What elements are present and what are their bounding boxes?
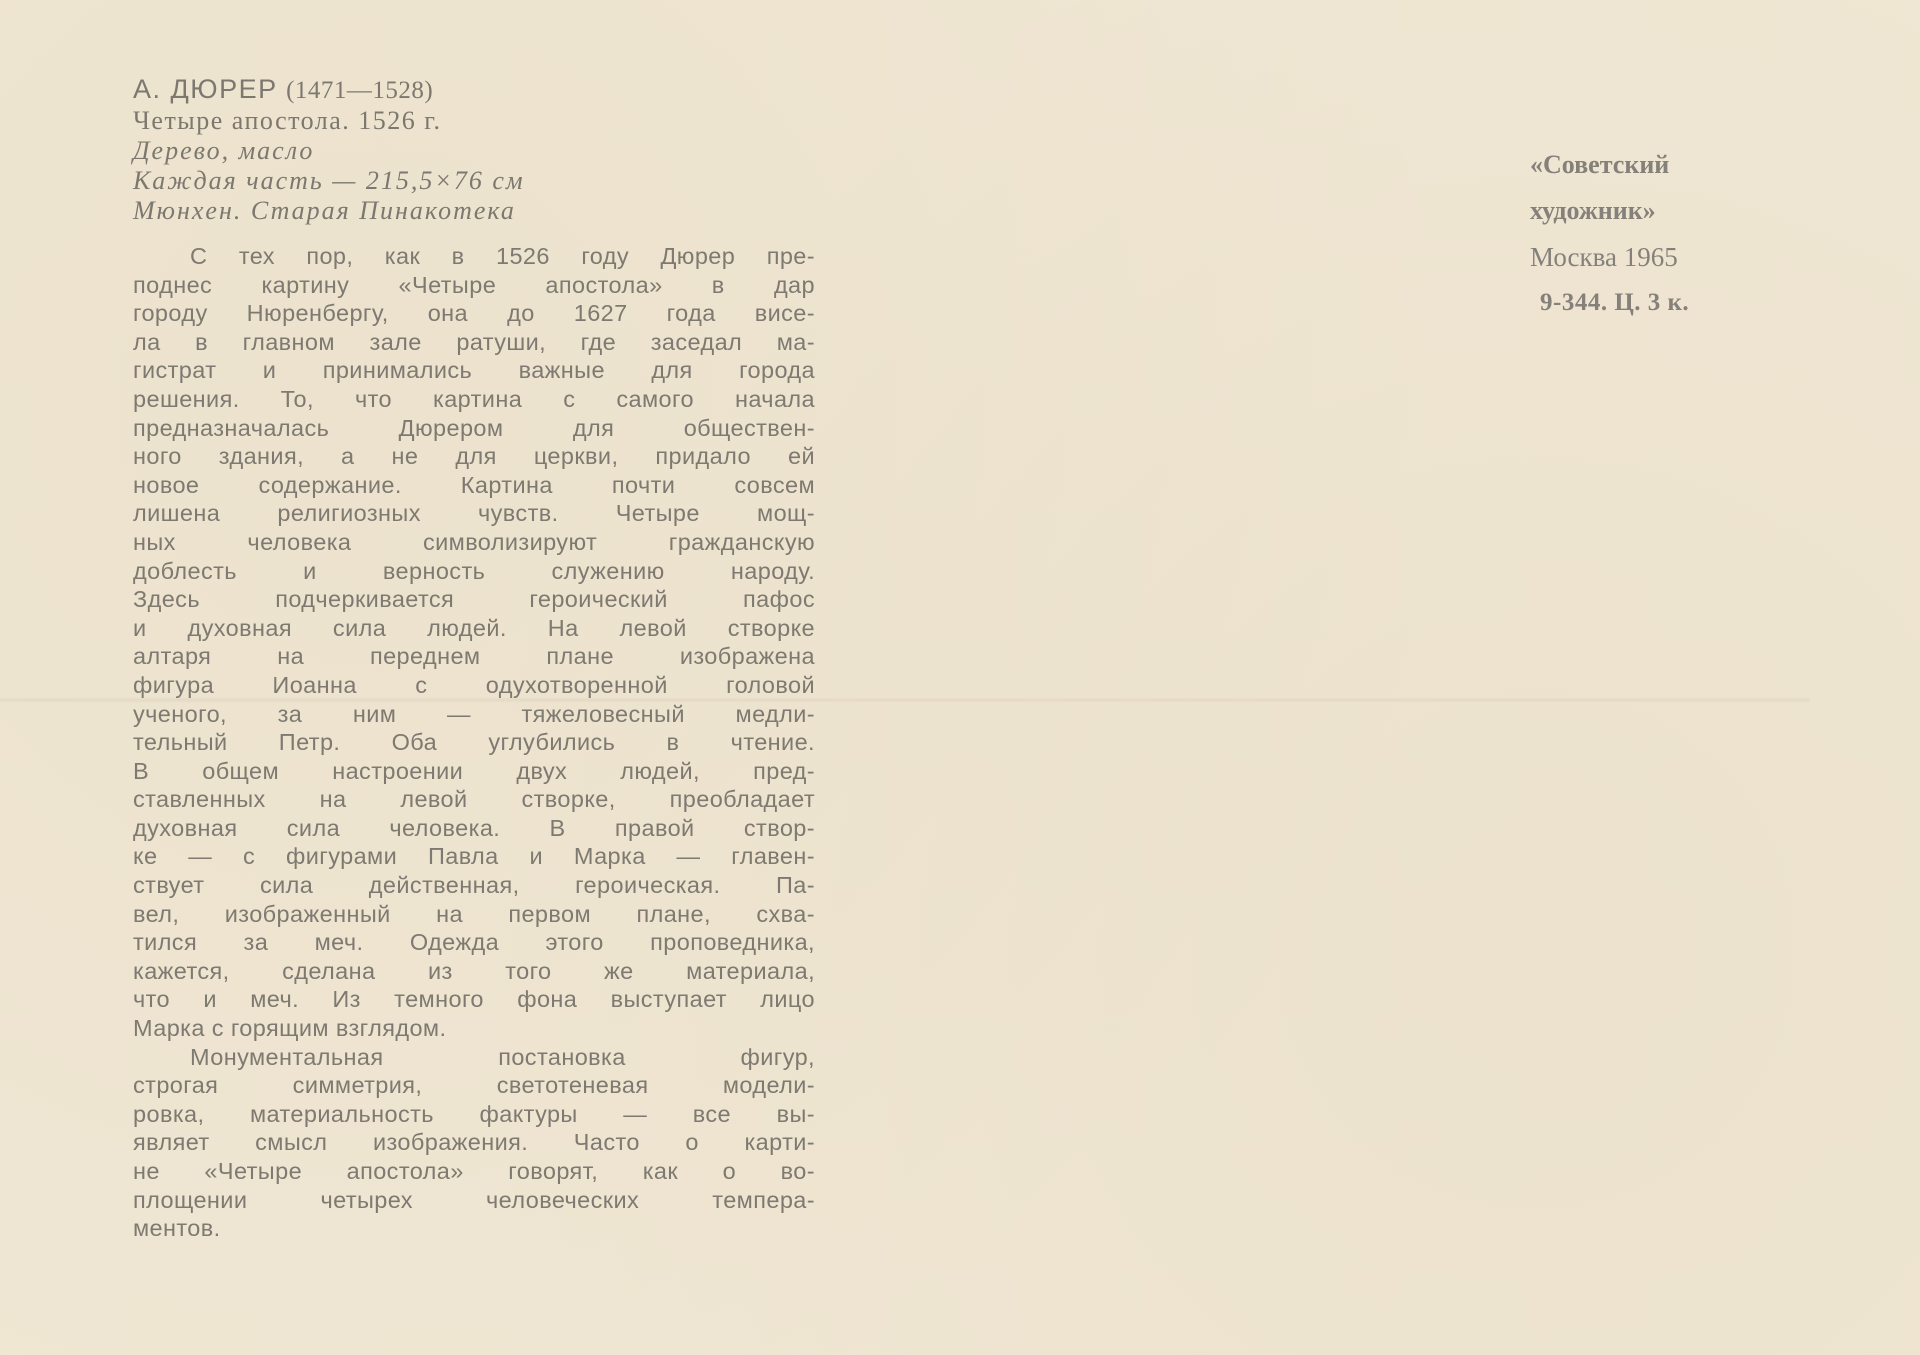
text-line: ровка, материальность фактуры — все вы- bbox=[133, 1100, 815, 1129]
text-line: новое содержание. Картина почти совсем bbox=[133, 471, 815, 500]
artwork-size: Каждая часть — 215,5×76 см bbox=[133, 166, 525, 196]
text-line: вел, изображенный на первом плане, схва- bbox=[133, 900, 815, 929]
publisher-code-price: 9-344. Ц. 3 к. bbox=[1530, 280, 1689, 326]
text-line: ного здания, а не для церкви, придало ей bbox=[133, 442, 815, 471]
text-line: ставленных на левой створке, преобладает bbox=[133, 785, 815, 814]
text-line: доблесть и верность служению народу. bbox=[133, 557, 815, 586]
text-line: С тех пор, как в 1526 году Дюрер пре- bbox=[133, 242, 815, 271]
text-line: поднес картину «Четыре апостола» в дар bbox=[133, 271, 815, 300]
text-line: что и меч. Из темного фона выступает лиц… bbox=[133, 985, 815, 1014]
text-line: ке — с фигурами Павла и Марка — главен- bbox=[133, 842, 815, 871]
artwork-medium: Дерево, масло bbox=[133, 136, 525, 166]
text-line: тился за меч. Одежда этого проповедника, bbox=[133, 928, 815, 957]
text-line: алтаря на переднем плане изображена bbox=[133, 642, 815, 671]
text-line: являет смысл изображения. Часто о карти- bbox=[133, 1128, 815, 1157]
description-text: С тех пор, как в 1526 году Дюрер пре- по… bbox=[133, 242, 815, 1243]
text-line: предназначалась Дюрером для обществен- bbox=[133, 414, 815, 443]
publisher-imprint: «Советский художник» Москва 1965 9-344. … bbox=[1530, 142, 1689, 326]
text-line: и духовная сила людей. На левой створке bbox=[133, 614, 815, 643]
text-line: ученого, за ним — тяжеловесный медли- bbox=[133, 700, 815, 729]
text-line: ных человека символизируют гражданскую bbox=[133, 528, 815, 557]
publisher-name-line1: «Советский bbox=[1530, 142, 1689, 188]
text-line: не «Четыре апостола» говорят, как о во- bbox=[133, 1157, 815, 1186]
artwork-title: Четыре апостола. 1526 г. bbox=[133, 106, 525, 136]
artist-dates: (1471—1528) bbox=[286, 77, 433, 104]
publisher-name-line2: художник» bbox=[1530, 188, 1689, 234]
text-line: строгая симметрия, светотеневая модели- bbox=[133, 1071, 815, 1100]
artwork-location: Мюнхен. Старая Пинакотека bbox=[133, 196, 525, 226]
text-line: фигура Иоанна с одухотворенной головой bbox=[133, 671, 815, 700]
publisher-city-year: Москва 1965 bbox=[1530, 234, 1689, 280]
text-line: тельный Петр. Оба углубились в чтение. bbox=[133, 728, 815, 757]
caption-artist-line: А. ДЮРЕР (1471—1528) bbox=[133, 74, 525, 106]
text-line: городу Нюренбергу, она до 1627 года висе… bbox=[133, 299, 815, 328]
text-line: духовная сила человека. В правой створ- bbox=[133, 814, 815, 843]
text-line: ствует сила действенная, героическая. Па… bbox=[133, 871, 815, 900]
text-line: Марка с горящим взглядом. bbox=[133, 1014, 815, 1043]
text-line: гистрат и принимались важные для города bbox=[133, 356, 815, 385]
text-line: ментов. bbox=[133, 1214, 815, 1243]
text-line: решения. То, что картина с самого начала bbox=[133, 385, 815, 414]
text-line: В общем настроении двух людей, пред- bbox=[133, 757, 815, 786]
text-line: площении четырех человеческих темпера- bbox=[133, 1186, 815, 1215]
text-line: Здесь подчеркивается героический пафос bbox=[133, 585, 815, 614]
text-line: кажется, сделана из того же материала, bbox=[133, 957, 815, 986]
text-line: лишена религиозных чувств. Четыре мощ- bbox=[133, 499, 815, 528]
text-line: ла в главном зале ратуши, где заседал ма… bbox=[133, 328, 815, 357]
artist-name: А. ДЮРЕР bbox=[133, 74, 278, 104]
text-line: Монументальная постановка фигур, bbox=[133, 1043, 815, 1072]
artwork-caption: А. ДЮРЕР (1471—1528) Четыре апостола. 15… bbox=[133, 74, 525, 226]
